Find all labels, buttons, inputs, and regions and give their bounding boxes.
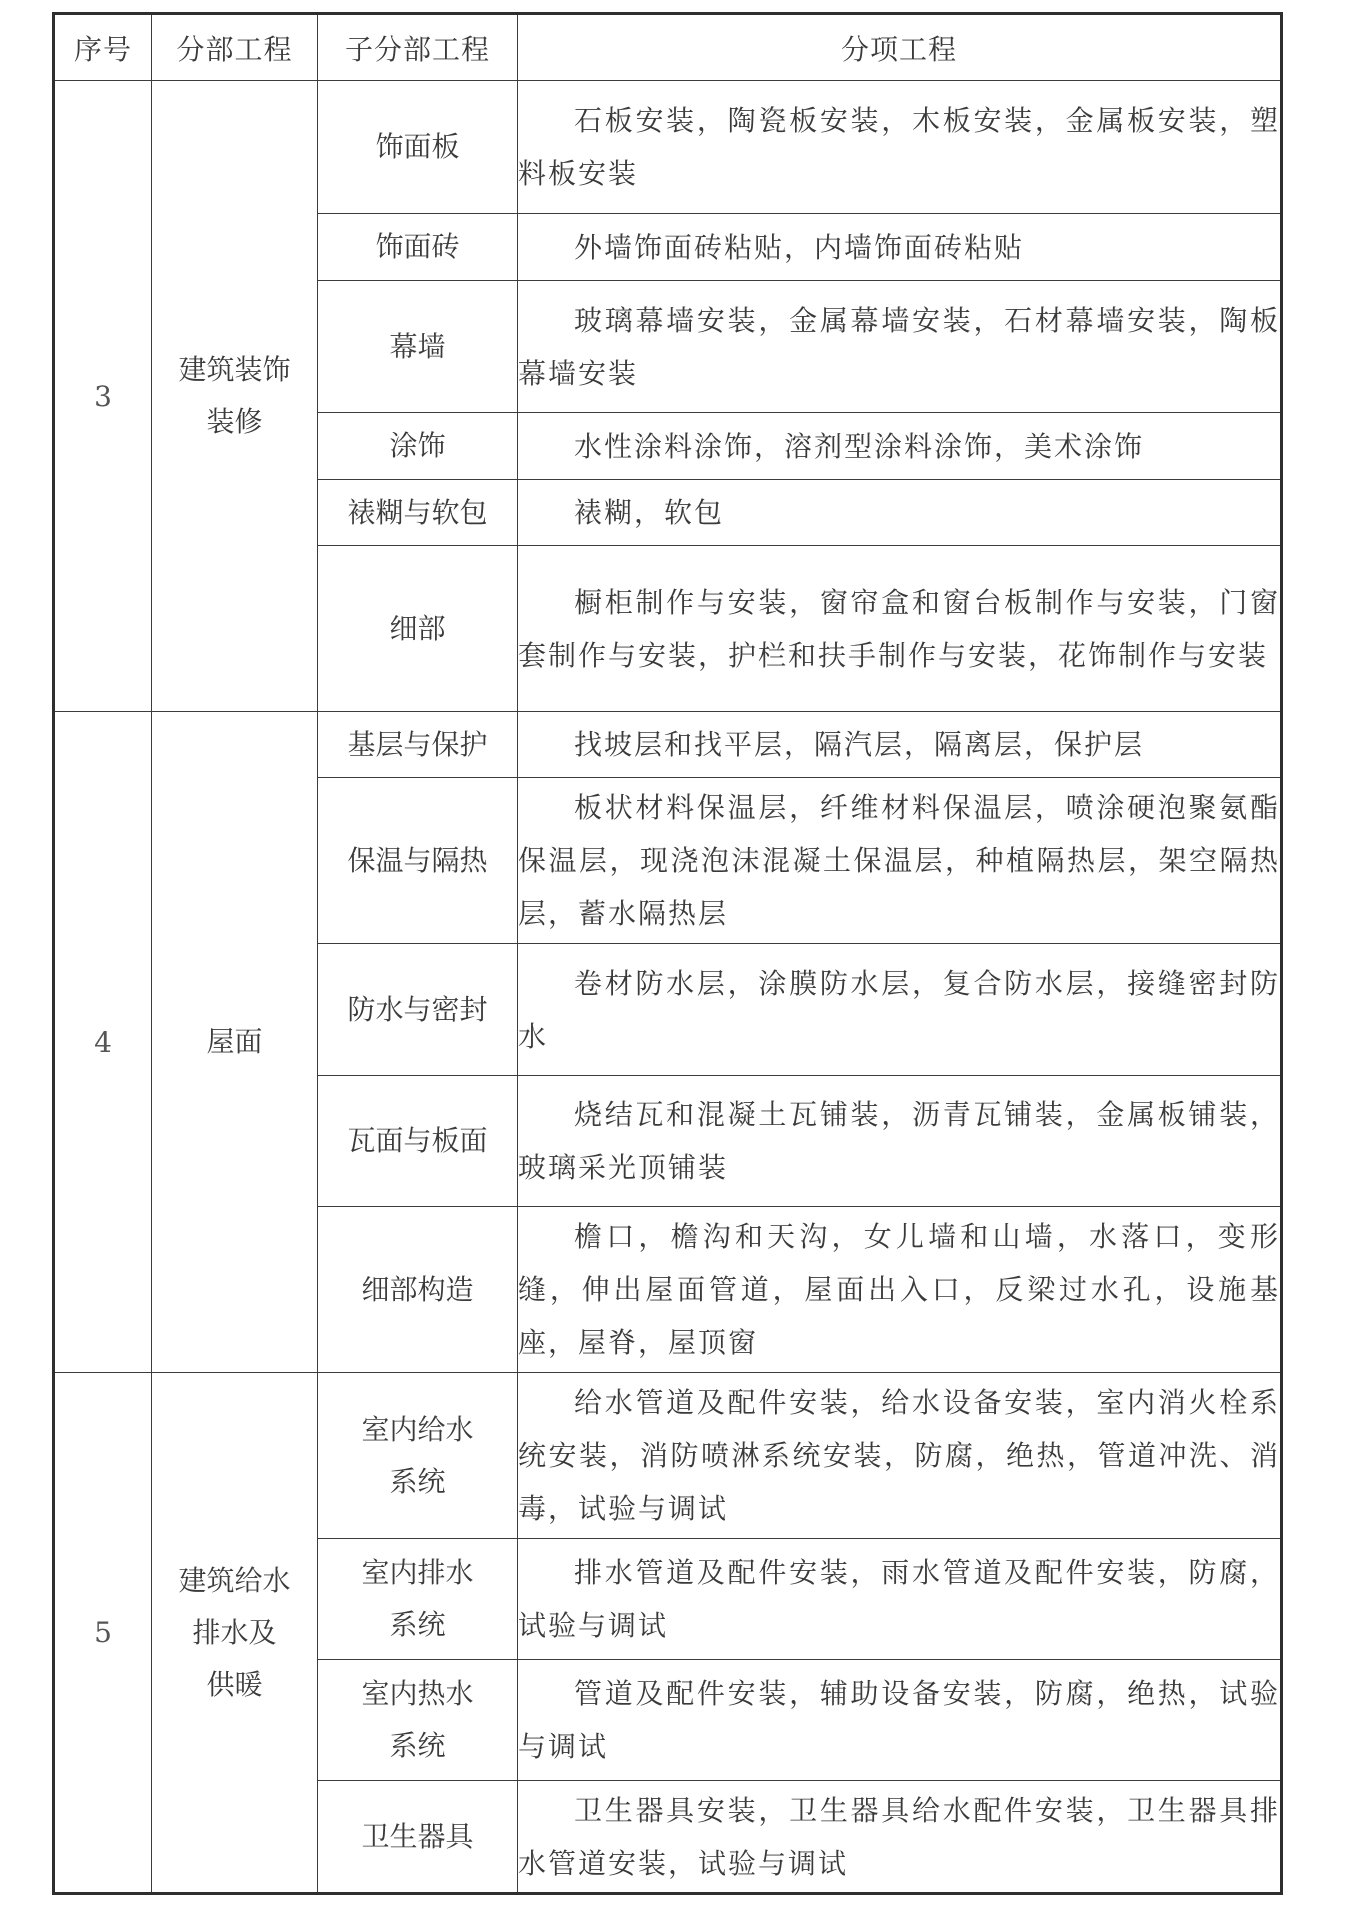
sub-items-cell: 板状材料保温层，纤维材料保温层，喷涂硬泡聚氨酯保温层，现浇泡沫混凝土保温层，种植…: [518, 778, 1282, 944]
header-sub-items: 分项工程: [518, 14, 1282, 81]
sub-division-cell: 饰面砖: [318, 214, 518, 281]
header-seq-no: 序号: [54, 14, 152, 81]
sub-items-cell: 裱糊，软包: [518, 480, 1282, 546]
division-line: 建筑给水: [152, 1555, 317, 1607]
seq-no-cell: 4: [54, 712, 152, 1373]
sub-items-cell: 找坡层和找平层，隔汽层，隔离层，保护层: [518, 712, 1282, 778]
sub-division-line: 系统: [318, 1720, 517, 1772]
sub-division-cell: 裱糊与软包: [318, 480, 518, 546]
sub-division-cell: 瓦面与板面: [318, 1076, 518, 1207]
sub-items-text: 管道及配件安装，辅助设备安装，防腐，绝热，试验与调试: [518, 1667, 1280, 1773]
sub-items-cell: 水性涂料涂饰，溶剂型涂料涂饰，美术涂饰: [518, 413, 1282, 480]
sub-items-cell: 橱柜制作与安装，窗帘盒和窗台板制作与安装，门窗套制作与安装，护栏和扶手制作与安装…: [518, 546, 1282, 712]
sub-items-text: 卫生器具安装，卫生器具给水配件安装，卫生器具排水管道安装，试验与调试: [518, 1784, 1280, 1890]
sub-division-cell: 室内热水 系统: [318, 1660, 518, 1781]
sub-division-cell: 幕墙: [318, 281, 518, 413]
sub-items-text: 找坡层和找平层，隔汽层，隔离层，保护层: [518, 718, 1280, 771]
division-line: 排水及: [152, 1607, 317, 1659]
header-row: 序号 分部工程 子分部工程 分项工程: [54, 14, 1282, 81]
sub-items-cell: 给水管道及配件安装，给水设备安装，室内消火栓系统安装，消防喷淋系统安装，防腐，绝…: [518, 1373, 1282, 1539]
sub-division-cell: 保温与隔热: [318, 778, 518, 944]
sub-division-cell: 细部: [318, 546, 518, 712]
sub-items-text: 外墙饰面砖粘贴，内墙饰面砖粘贴: [518, 221, 1280, 274]
sub-division-cell: 细部构造: [318, 1207, 518, 1373]
header-sub-division: 子分部工程: [318, 14, 518, 81]
sub-items-text: 石板安装，陶瓷板安装，木板安装，金属板安装，塑料板安装: [518, 94, 1280, 200]
sub-division-cell: 室内给水 系统: [318, 1373, 518, 1539]
sub-division-cell: 基层与保护: [318, 712, 518, 778]
sub-items-cell: 玻璃幕墙安装，金属幕墙安装，石材幕墙安装，陶板幕墙安装: [518, 281, 1282, 413]
sub-items-text: 卷材防水层，涂膜防水层，复合防水层，接缝密封防水: [518, 957, 1280, 1063]
sub-division-line: 系统: [318, 1456, 517, 1508]
sub-division-line: 室内给水: [318, 1404, 517, 1456]
sub-items-text: 烧结瓦和混凝土瓦铺装，沥青瓦铺装，金属板铺装，玻璃采光顶铺装: [518, 1088, 1280, 1194]
sub-items-text: 玻璃幕墙安装，金属幕墙安装，石材幕墙安装，陶板幕墙安装: [518, 294, 1280, 400]
division-line: 建筑装饰: [152, 344, 317, 396]
division-cell: 建筑装饰 装修: [152, 81, 318, 712]
header-division: 分部工程: [152, 14, 318, 81]
sub-division-cell: 涂饰: [318, 413, 518, 480]
table-row: 3 建筑装饰 装修 饰面板 石板安装，陶瓷板安装，木板安装，金属板安装，塑料板安…: [54, 81, 1282, 214]
sub-items-cell: 管道及配件安装，辅助设备安装，防腐，绝热，试验与调试: [518, 1660, 1282, 1781]
sub-division-cell: 饰面板: [318, 81, 518, 214]
sub-items-cell: 排水管道及配件安装，雨水管道及配件安装，防腐，试验与调试: [518, 1539, 1282, 1660]
sub-division-cell: 防水与密封: [318, 944, 518, 1076]
division-table: 序号 分部工程 子分部工程 分项工程 3 建筑装饰 装修 饰面板 石板安装，陶瓷…: [52, 12, 1283, 1895]
sub-items-text: 檐口，檐沟和天沟，女儿墙和山墙，水落口，变形缝，伸出屋面管道，屋面出入口，反梁过…: [518, 1210, 1280, 1369]
sub-division-line: 室内排水: [318, 1547, 517, 1599]
table-row: 5 建筑给水 排水及 供暖 室内给水 系统 给水管道及配件安装，给水设备安装，室…: [54, 1373, 1282, 1539]
sub-items-text: 橱柜制作与安装，窗帘盒和窗台板制作与安装，门窗套制作与安装，护栏和扶手制作与安装…: [518, 576, 1280, 682]
sub-items-cell: 檐口，檐沟和天沟，女儿墙和山墙，水落口，变形缝，伸出屋面管道，屋面出入口，反梁过…: [518, 1207, 1282, 1373]
sub-items-cell: 烧结瓦和混凝土瓦铺装，沥青瓦铺装，金属板铺装，玻璃采光顶铺装: [518, 1076, 1282, 1207]
division-cell: 建筑给水 排水及 供暖: [152, 1373, 318, 1894]
division-line: 屋面: [152, 1016, 317, 1068]
sub-items-cell: 石板安装，陶瓷板安装，木板安装，金属板安装，塑料板安装: [518, 81, 1282, 214]
sub-items-text: 板状材料保温层，纤维材料保温层，喷涂硬泡聚氨酯保温层，现浇泡沫混凝土保温层，种植…: [518, 781, 1280, 940]
sub-division-cell: 卫生器具: [318, 1781, 518, 1894]
seq-no-cell: 5: [54, 1373, 152, 1894]
seq-no-cell: 3: [54, 81, 152, 712]
division-line: 装修: [152, 396, 317, 448]
sub-items-cell: 外墙饰面砖粘贴，内墙饰面砖粘贴: [518, 214, 1282, 281]
sub-division-line: 室内热水: [318, 1668, 517, 1720]
division-line: 供暖: [152, 1659, 317, 1711]
table-row: 4 屋面 基层与保护 找坡层和找平层，隔汽层，隔离层，保护层: [54, 712, 1282, 778]
sub-division-cell: 室内排水 系统: [318, 1539, 518, 1660]
sub-items-text: 水性涂料涂饰，溶剂型涂料涂饰，美术涂饰: [518, 420, 1280, 473]
division-cell: 屋面: [152, 712, 318, 1373]
sub-items-cell: 卫生器具安装，卫生器具给水配件安装，卫生器具排水管道安装，试验与调试: [518, 1781, 1282, 1894]
sub-division-line: 系统: [318, 1599, 517, 1651]
sub-items-text: 给水管道及配件安装，给水设备安装，室内消火栓系统安装，消防喷淋系统安装，防腐，绝…: [518, 1376, 1280, 1535]
sub-items-text: 裱糊，软包: [518, 486, 1280, 539]
sub-items-cell: 卷材防水层，涂膜防水层，复合防水层，接缝密封防水: [518, 944, 1282, 1076]
sub-items-text: 排水管道及配件安装，雨水管道及配件安装，防腐，试验与调试: [518, 1546, 1280, 1652]
